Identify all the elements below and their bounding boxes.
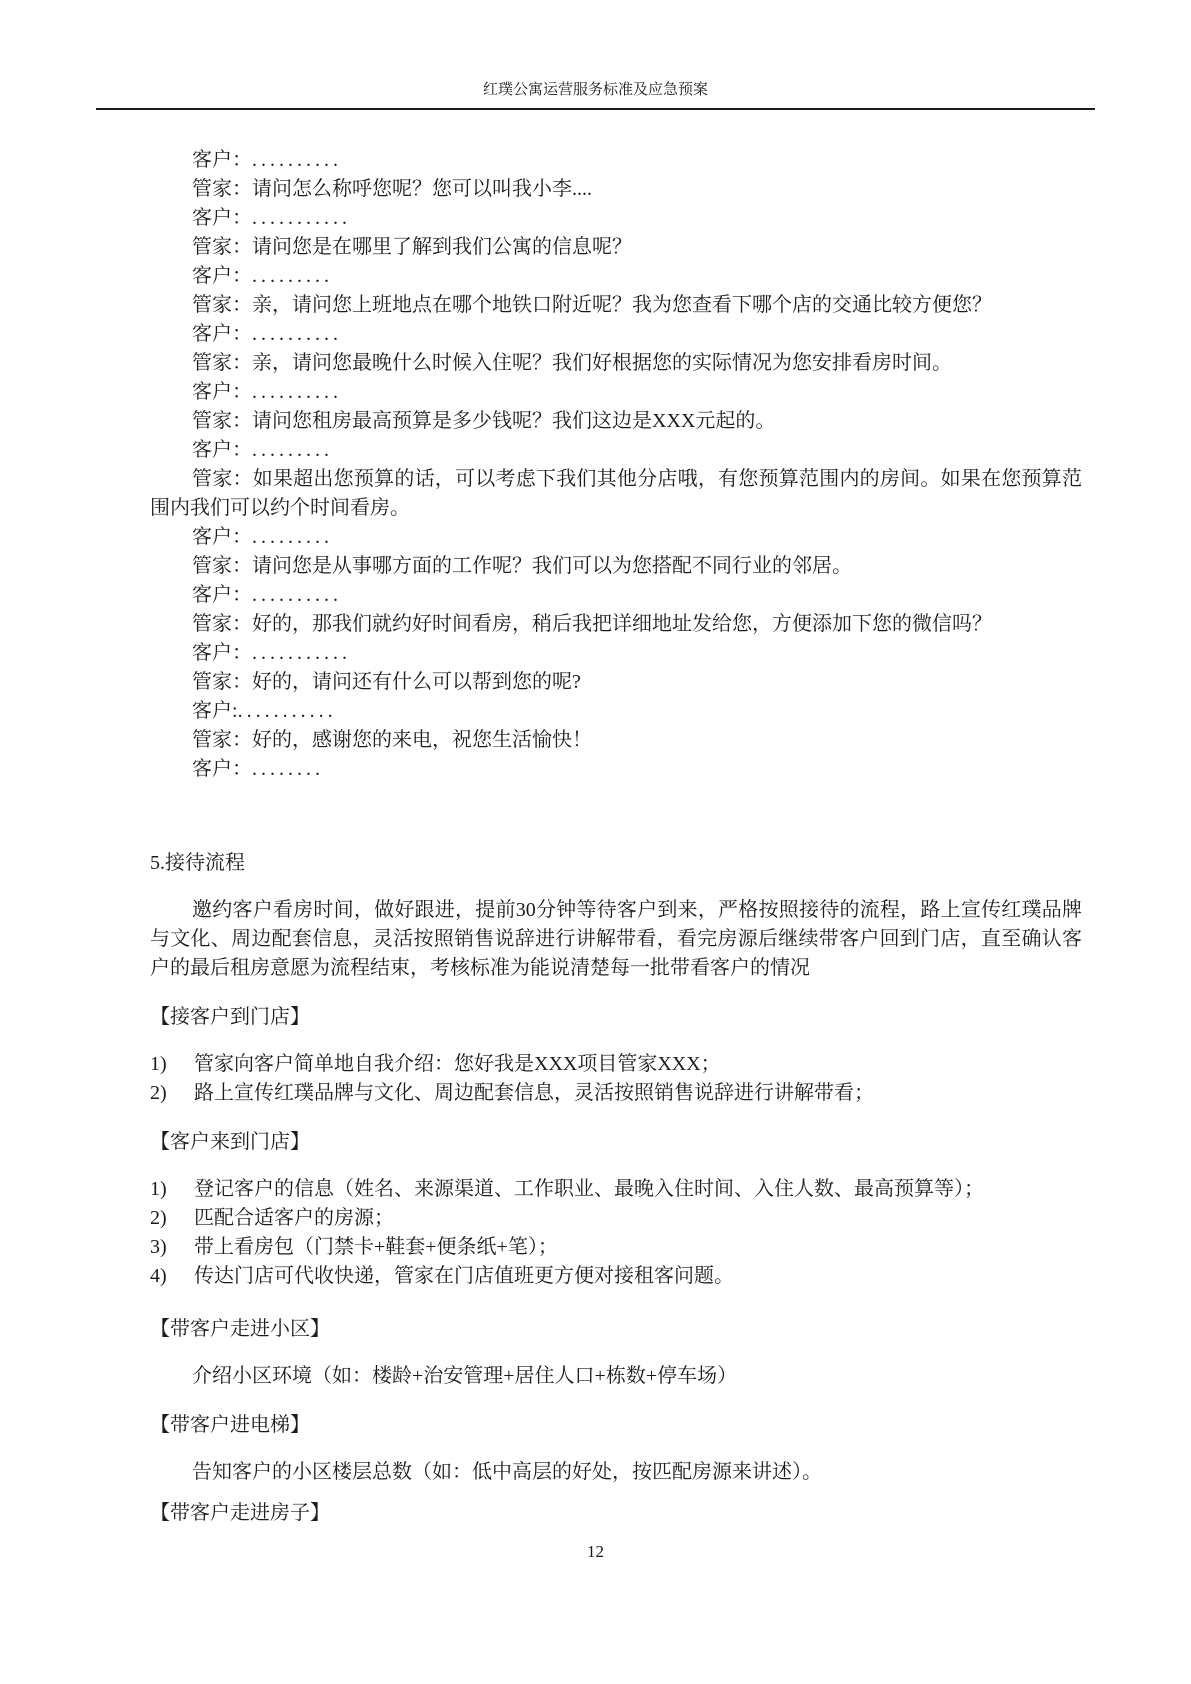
redacted-dots: ........ (252, 758, 324, 780)
dialogue-text: 亲，请问您最晚什么时候入住呢？我们好根据您的实际情况为您安排看房时间。 (252, 352, 952, 374)
list-item-text: 管家向客户简单地自我介绍：您好我是XXX项目管家XXX； (194, 1050, 1082, 1079)
page-number: 12 (0, 1541, 1191, 1563)
list-item: 2)路上宣传红璞品牌与文化、周边配套信息，灵活按照销售说辞进行讲解带看； (150, 1079, 1082, 1108)
section-heading: 5.接待流程 (150, 849, 1082, 878)
redacted-dots: ........... (252, 642, 351, 664)
dialogue-text: 请问您是在哪里了解到我们公寓的信息呢？ (252, 236, 632, 258)
redacted-dots: ........... (238, 700, 337, 722)
header-title: 红璞公寓运营服务标准及应急预案 (483, 82, 708, 98)
list-item-text: 路上宣传红璞品牌与文化、周边配套信息，灵活按照销售说辞进行讲解带看； (194, 1079, 1082, 1108)
dialogue-block: 客户：..........管家：请问怎么称呼您呢？您可以叫我小李....客户：.… (150, 146, 1082, 784)
section-paragraph: 邀约客户看房时间，做好跟进，提前30分钟等待客户到来，严格按照接待的流程，路上宣… (150, 896, 1082, 983)
speaker-label: 管家： (192, 236, 252, 258)
redacted-dots: ......... (252, 265, 333, 287)
list-item-number: 2) (150, 1079, 194, 1108)
list-item: 1)登记客户的信息（姓名、来源渠道、工作职业、最晚入住时间、入住人数、最高预算等… (150, 1175, 1082, 1204)
speaker-label: 管家： (192, 178, 252, 200)
speaker-label: 客户： (192, 642, 252, 664)
speaker-label: 客户： (192, 758, 252, 780)
numbered-list: 1)管家向客户简单地自我介绍：您好我是XXX项目管家XXX；2)路上宣传红璞品牌… (150, 1050, 1082, 1108)
list-item-text: 登记客户的信息（姓名、来源渠道、工作职业、最晚入住时间、入住人数、最高预算等）； (194, 1175, 1082, 1204)
speaker-label: 客户： (192, 149, 252, 171)
speaker-label: 管家： (192, 294, 252, 316)
dialogue-line: 管家：请问您是从事哪方面的工作呢？我们可以为您搭配不同行业的邻居。 (150, 552, 1082, 581)
dialogue-text: 请问您租房最高预算是多少钱呢？我们这边是XXX元起的。 (252, 410, 775, 432)
list-item-number: 1) (150, 1050, 194, 1079)
dialogue-line: 客户：........... (150, 639, 1082, 668)
speaker-label: 客户： (192, 381, 252, 403)
dialogue-line: 客户:........... (150, 697, 1082, 726)
block-heading: 【带客户进电梯】 (150, 1411, 1082, 1440)
redacted-dots: ........... (252, 207, 351, 229)
dialogue-line: 客户：......... (150, 523, 1082, 552)
list-item: 1)管家向客户简单地自我介绍：您好我是XXX项目管家XXX； (150, 1050, 1082, 1079)
list-item-number: 1) (150, 1175, 194, 1204)
dialogue-line: 客户：......... (150, 436, 1082, 465)
speaker-label: 管家： (192, 671, 252, 693)
dialogue-line: 管家：好的，那我们就约好时间看房，稍后我把详细地址发给您，方便添加下您的微信吗？ (150, 610, 1082, 639)
list-item-text: 带上看房包（门禁卡+鞋套+便条纸+笔）； (194, 1233, 1082, 1262)
procedure-block: 【带客户进电梯】告知客户的小区楼层总数（如：低中高层的好处，按匹配房源来讲述）。 (150, 1411, 1082, 1487)
redacted-dots: .......... (252, 149, 342, 171)
procedure-block: 【接客户到门店】1)管家向客户简单地自我介绍：您好我是XXX项目管家XXX；2)… (150, 1003, 1082, 1108)
procedure-block: 【带客户走进房子】 (150, 1499, 1082, 1528)
list-item-number: 3) (150, 1233, 194, 1262)
block-heading: 【带客户走进房子】 (150, 1499, 1082, 1528)
dialogue-text: 好的，那我们就约好时间看房，稍后我把详细地址发给您，方便添加下您的微信吗？ (252, 613, 992, 635)
dialogue-line: 管家：好的，感谢您的来电，祝您生活愉快！ (150, 726, 1082, 755)
block-heading: 【带客户走进小区】 (150, 1315, 1082, 1344)
speaker-label: 客户： (192, 323, 252, 345)
page-header: 红璞公寓运营服务标准及应急预案 (0, 80, 1191, 100)
list-item-number: 2) (150, 1204, 194, 1233)
speaker-label: 客户: (192, 700, 238, 722)
dialogue-text: 好的，请问还有什么可以帮到您的呢? (252, 671, 581, 693)
numbered-list: 1)登记客户的信息（姓名、来源渠道、工作职业、最晚入住时间、入住人数、最高预算等… (150, 1175, 1082, 1291)
list-item: 2)匹配合适客户的房源； (150, 1204, 1082, 1233)
redacted-dots: .......... (252, 381, 342, 403)
speaker-label: 管家： (192, 729, 252, 751)
speaker-label: 管家： (192, 352, 252, 374)
dialogue-line: 客户：.......... (150, 146, 1082, 175)
speaker-label: 管家： (192, 468, 253, 490)
header-rule (96, 108, 1095, 110)
block-heading: 【客户来到门店】 (150, 1128, 1082, 1157)
speaker-label: 客户： (192, 207, 252, 229)
speaker-label: 管家： (192, 555, 252, 577)
dialogue-line: 客户：........ (150, 755, 1082, 784)
dialogue-line: 客户：........... (150, 204, 1082, 233)
speaker-label: 客户： (192, 584, 252, 606)
redacted-dots: .......... (252, 323, 342, 345)
dialogue-line: 客户：.......... (150, 581, 1082, 610)
dialogue-text: 如果超出您预算的话，可以考虑下我们其他分店哦，有您预算范围内的房间。如果在您预算… (150, 468, 1082, 519)
dialogue-line: 管家：如果超出您预算的话，可以考虑下我们其他分店哦，有您预算范围内的房间。如果在… (150, 465, 1082, 523)
dialogue-line: 客户：.......... (150, 378, 1082, 407)
speaker-label: 管家： (192, 613, 252, 635)
block-paragraph: 告知客户的小区楼层总数（如：低中高层的好处，按匹配房源来讲述）。 (150, 1458, 1082, 1487)
procedure-blocks: 【接客户到门店】1)管家向客户简单地自我介绍：您好我是XXX项目管家XXX；2)… (150, 1003, 1082, 1528)
block-paragraph: 介绍小区环境（如：楼龄+治安管理+居住人口+栋数+停车场） (150, 1362, 1082, 1391)
block-heading: 【接客户到门店】 (150, 1003, 1082, 1032)
procedure-block: 【带客户走进小区】介绍小区环境（如：楼龄+治安管理+居住人口+栋数+停车场） (150, 1315, 1082, 1391)
document-body: 客户：..........管家：请问怎么称呼您呢？您可以叫我小李....客户：.… (150, 146, 1082, 1528)
speaker-label: 客户： (192, 526, 252, 548)
redacted-dots: .......... (252, 584, 342, 606)
dialogue-line: 管家：请问怎么称呼您呢？您可以叫我小李.... (150, 175, 1082, 204)
dialogue-line: 管家：亲，请问您最晚什么时候入住呢？我们好根据您的实际情况为您安排看房时间。 (150, 349, 1082, 378)
speaker-label: 客户： (192, 439, 252, 461)
dialogue-line: 管家：好的，请问还有什么可以帮到您的呢? (150, 668, 1082, 697)
list-item-number: 4) (150, 1262, 194, 1291)
list-item: 3)带上看房包（门禁卡+鞋套+便条纸+笔）； (150, 1233, 1082, 1262)
dialogue-line: 客户：.......... (150, 320, 1082, 349)
dialogue-line: 客户：......... (150, 262, 1082, 291)
redacted-dots: ......... (252, 526, 333, 548)
list-item-text: 匹配合适客户的房源； (194, 1204, 1082, 1233)
list-item-text: 传达门店可代收快递，管家在门店值班更方便对接租客问题。 (194, 1262, 1082, 1291)
dialogue-line: 管家：请问您租房最高预算是多少钱呢？我们这边是XXX元起的。 (150, 407, 1082, 436)
dialogue-text: 亲，请问您上班地点在哪个地铁口附近呢？我为您查看下哪个店的交通比较方便您？ (252, 294, 992, 316)
dialogue-line: 管家：亲，请问您上班地点在哪个地铁口附近呢？我为您查看下哪个店的交通比较方便您？ (150, 291, 1082, 320)
dialogue-text: 好的，感谢您的来电，祝您生活愉快！ (252, 729, 592, 751)
speaker-label: 管家： (192, 410, 252, 432)
dialogue-text: 请问怎么称呼您呢？您可以叫我小李.... (252, 178, 592, 200)
procedure-block: 【客户来到门店】1)登记客户的信息（姓名、来源渠道、工作职业、最晚入住时间、入住… (150, 1128, 1082, 1291)
speaker-label: 客户： (192, 265, 252, 287)
dialogue-text: 请问您是从事哪方面的工作呢？我们可以为您搭配不同行业的邻居。 (252, 555, 852, 577)
list-item: 4)传达门店可代收快递，管家在门店值班更方便对接租客问题。 (150, 1262, 1082, 1291)
redacted-dots: ......... (252, 439, 333, 461)
dialogue-line: 管家：请问您是在哪里了解到我们公寓的信息呢？ (150, 233, 1082, 262)
